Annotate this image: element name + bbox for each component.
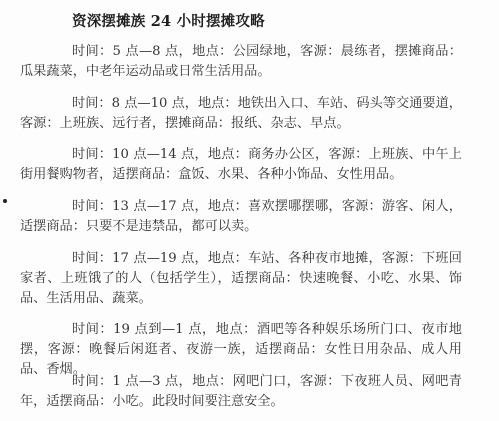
- paragraph-13-17: 时间：13 点—17 点，地点：喜欢摆哪摆哪，客源：游客、闲人，适摆商品：只要不…: [20, 197, 462, 237]
- paragraph-19-1: 时间：19 点到—1 点，地点：酒吧等各种娱乐场所门口、夜市地摆，客源：晚餐后闲…: [20, 320, 462, 380]
- paragraph-17-19: 时间：17 点—19 点，地点：车站、各种夜市地摊，客源：下班回家者、上班饿了的…: [20, 249, 462, 309]
- paragraph-1-3: 时间：1 点—3 点，地点：网吧门口，客源：下夜班人员、网吧青年，适摆商品：小吃…: [20, 372, 462, 412]
- paragraph-5-8: 时间：5 点—8 点，地点：公园绿地，客源：晨练者，摆摊商品：瓜果蔬菜，中老年运…: [20, 42, 462, 82]
- document-title: 资深摆摊族 24 小时摆摊攻略: [72, 10, 265, 31]
- paragraph-10-14: 时间：10 点—14 点，地点：商务办公区，客源：上班族、中午上街用餐购物者，适…: [20, 145, 462, 185]
- paragraph-8-10: 时间：8 点—10 点，地点：地铁出入口、车站、码头等交通要道，客源：上班族、远…: [20, 94, 462, 134]
- bullet-dot-icon: [3, 199, 7, 203]
